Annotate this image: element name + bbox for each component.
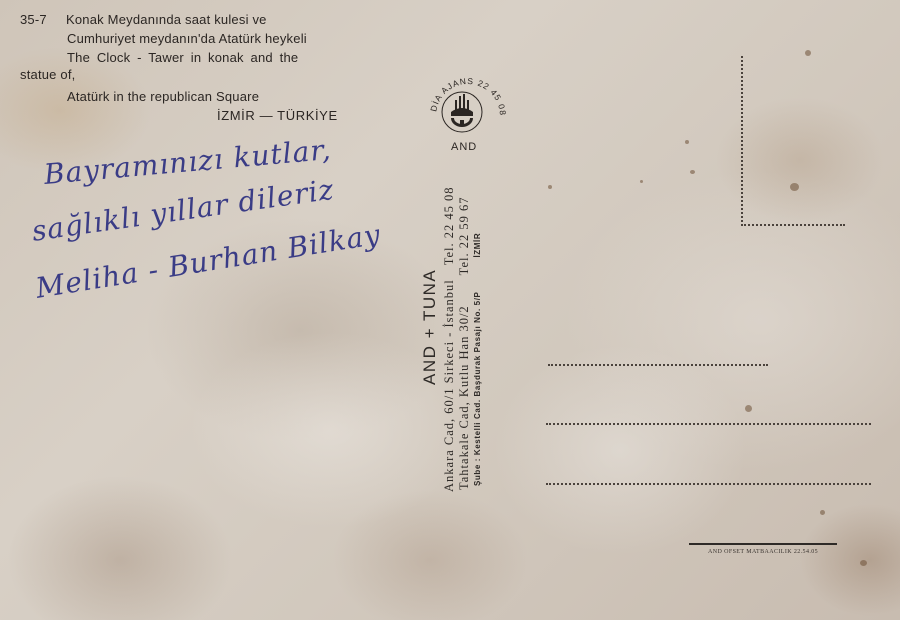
- caption-line: Cumhuriyet meydanın'da Atatürk heykeli: [67, 29, 307, 48]
- stain-spot: [690, 170, 695, 174]
- caption-line: statue of,: [20, 65, 75, 84]
- publisher-address: Tahtakale Cad, Kutlu Han 30/2: [457, 305, 471, 490]
- stain-spot: [640, 180, 643, 183]
- caption-line: Konak Meydanında saat kulesi ve: [66, 10, 267, 29]
- publisher-branch-line: Şube : Kestelli Cad. Başdurak Pasajı No.…: [473, 233, 482, 486]
- stain-spot: [745, 405, 752, 412]
- publisher-stamp: DİA AJANS 22 45 08 AND: [418, 74, 518, 158]
- mosque-emblem-icon: DİA AJANS 22 45 08 AND: [418, 74, 518, 158]
- publisher-branch: Şube : Kestelli Cad. Başdurak Pasajı No.…: [473, 292, 482, 486]
- stain-spot: [548, 185, 552, 189]
- card-number: 35-7: [20, 10, 47, 29]
- publisher-branch-city: İZMİR: [473, 233, 482, 258]
- publisher-address-line: Ankara Cad, 60/1 Sirkeci - İstanbulTel. …: [442, 186, 457, 492]
- divider: [689, 543, 837, 545]
- publisher-phone: Tel. 22 45 08: [442, 186, 456, 265]
- address-line: [546, 483, 871, 485]
- address-line: [548, 364, 768, 366]
- publisher-phone: Tel. 22 59 67: [457, 197, 471, 276]
- postcard-back: 35-7 Konak Meydanında saat kulesi ve Cum…: [0, 0, 900, 620]
- svg-text:AND: AND: [451, 141, 477, 153]
- stain-spot: [685, 140, 689, 144]
- publisher-address-line: Tahtakale Cad, Kutlu Han 30/2Tel. 22 59 …: [457, 197, 472, 490]
- caption-line: Atatürk in the republican Square: [67, 87, 259, 106]
- stamp-placement-box: [741, 56, 845, 226]
- caption-location: İZMİR — TÜRKİYE: [217, 106, 338, 125]
- stain-spot: [860, 560, 867, 566]
- caption-line: The Clock - Tawer in konak and the: [67, 48, 298, 67]
- publisher-brand: AND + TUNA: [420, 269, 440, 385]
- publisher-address: Ankara Cad, 60/1 Sirkeci - İstanbul: [442, 279, 456, 492]
- address-line: [546, 423, 871, 425]
- printer-credit: AND OFSET MATBAACILIK 22.54.05: [708, 549, 818, 555]
- stain-spot: [820, 510, 825, 515]
